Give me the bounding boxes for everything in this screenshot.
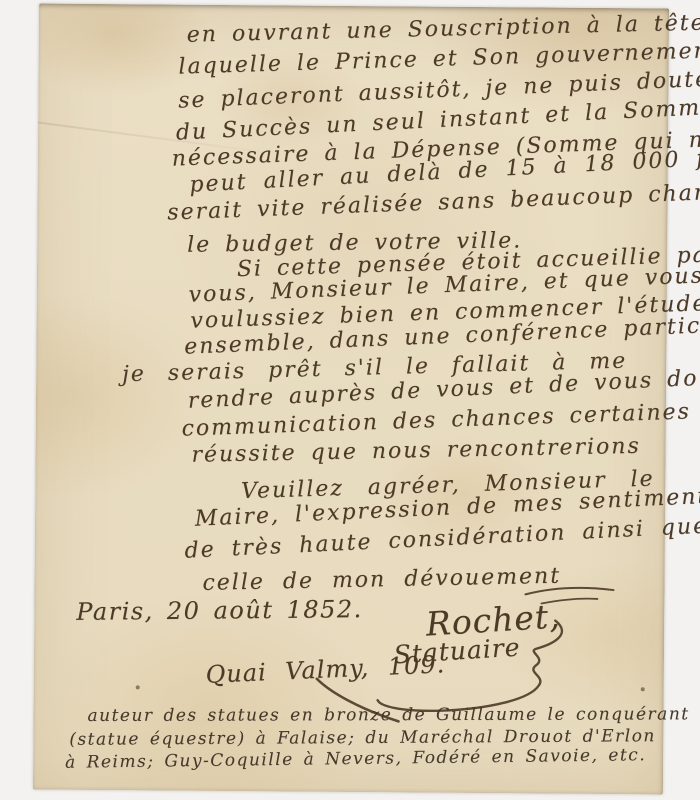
ink-speck bbox=[136, 685, 140, 689]
annotation-line-3: à Reims; Guy-Coquille à Nevers, Fodéré e… bbox=[65, 746, 646, 772]
annotation-line-1: auteur des statues en bronze de Guillaum… bbox=[87, 705, 689, 725]
ink-speck bbox=[641, 687, 645, 691]
photo-background: en ouvrant une Souscription à la tête de… bbox=[0, 0, 700, 800]
letter-paper: en ouvrant une Souscription à la tête de… bbox=[33, 4, 669, 795]
